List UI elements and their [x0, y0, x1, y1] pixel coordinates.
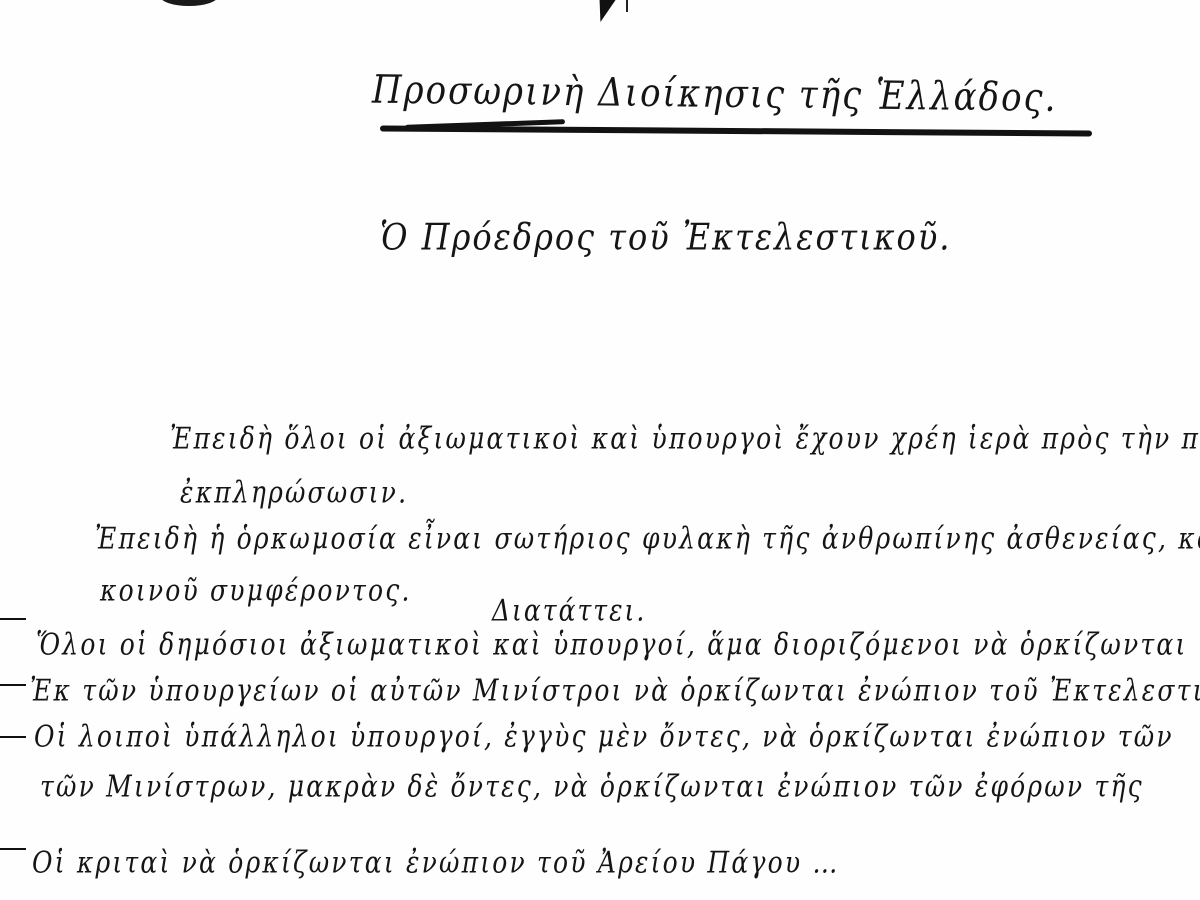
- preamble-line: ἐκπληρώσωσιν.: [180, 475, 408, 510]
- article-dash-marker: [0, 848, 26, 850]
- article-line: Ἐκ τῶν ὑπουργείων οἱ αὐτῶν Μινίστροι νὰ …: [30, 673, 1200, 708]
- article-dash-marker: [0, 684, 26, 686]
- title-underline: [380, 126, 1092, 137]
- preamble-line: Ἐπειδὴ ἡ ὁρκωμοσία εἶναι σωτήριος φυλακὴ…: [95, 521, 1200, 556]
- preamble-line: Ἐπειδὴ ὅλοι οἱ ἀξιωματικοὶ καὶ ὑπουργοὶ …: [170, 421, 1200, 456]
- article-dash-marker: [0, 618, 26, 620]
- preamble-line: κοινοῦ συμφέροντος.: [100, 573, 412, 608]
- article-line: Οἱ κριταὶ νὰ ὁρκίζωνται ἐνώπιον τοῦ Ἀρεί…: [32, 845, 840, 880]
- article-line: Οἱ λοιποὶ ὑπάλληλοι ὑπουργοί, ἐγγὺς μὲν …: [34, 719, 1174, 754]
- ink-stroke-tail: [626, 0, 628, 12]
- decree-heading: Διατάττει.: [492, 593, 646, 628]
- ink-stroke-mark: [592, 0, 615, 22]
- article-line: Ὅλοι οἱ δημόσιοι ἀξιωματικοὶ καὶ ὑπουργο…: [36, 627, 1187, 662]
- document-subtitle: Ὁ Πρόεδρος τοῦ Ἐκτελεστικοῦ.: [380, 215, 951, 259]
- ink-blot-mark: [160, 0, 218, 6]
- document-title: Προσωρινὴ Διοίκησις τῆς Ἑλλάδος.: [372, 67, 1058, 121]
- manuscript-page: Προσωρινὴ Διοίκησις τῆς Ἑλλάδος. Ὁ Πρόεδ…: [0, 0, 1200, 900]
- article-line-continuation: τῶν Μινίστρων, μακρὰν δὲ ὄντες, νὰ ὁρκίζ…: [40, 769, 1144, 804]
- article-dash-marker: [0, 736, 26, 738]
